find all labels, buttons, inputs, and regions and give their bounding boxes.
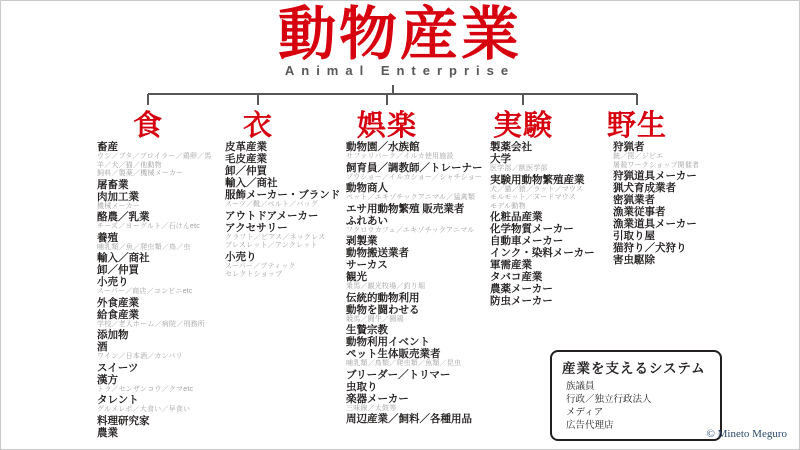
column-header-clothing: 衣 [243, 103, 273, 144]
industry-item: タレント [97, 394, 212, 406]
industry-item: 動物を闘わせる [346, 304, 483, 316]
industry-item: 生贄宗教 [346, 324, 483, 336]
copyright-credit: © Mineto Meguro [707, 428, 787, 440]
industry-subitem: ウシ／ブタ／ブロイラー／鶏卵／馬 [97, 153, 212, 162]
industry-item: 猟犬育成業者 [613, 182, 699, 194]
industry-item: 給食産業 [97, 309, 212, 321]
industry-item: 飼育員／調教師／トレーナー [346, 162, 483, 174]
industry-item: 農薬メーカー [490, 283, 595, 295]
industry-subitem: セレクトショップ [225, 271, 340, 280]
industry-item: スイーツ [97, 362, 212, 374]
industry-subitem: モルモット／ヌードマウス [490, 194, 595, 203]
industry-subitem: 乗馬／観光牧場／釣り堀 [346, 283, 483, 292]
industry-item: 虫取り [346, 381, 483, 393]
industry-item: 屠畜業 [97, 179, 212, 191]
industry-item: 動物利用イベント [346, 336, 483, 348]
industry-item: 輸入／商社 [97, 252, 212, 264]
industry-subitem: 屠殺ワークショップ開催者 [613, 162, 699, 171]
industry-subitem: 機械メーカー [97, 203, 212, 212]
support-system-box: 産業を支えるシステム 族議員 行政／独立行政法人 メディア 広告代理店 [550, 350, 722, 441]
industry-item: 動物園／水族館 [346, 141, 483, 153]
industry-item: 軍需産業 [490, 259, 595, 271]
industry-item: 酒 [97, 341, 212, 353]
industry-item: 動物搬送業者 [346, 247, 483, 259]
column-header-experiment: 実験 [493, 103, 553, 144]
industry-item: 密猟業者 [613, 194, 699, 206]
industry-item: 猫狩り／犬狩り [613, 242, 699, 254]
industry-subitem: 医学部／獣医学部 [490, 165, 595, 174]
industry-item: 農業 [97, 427, 212, 439]
industry-subitem: スーパー／商店／コンビニetc [97, 288, 212, 297]
industry-item: 肉加工業 [97, 191, 212, 203]
industry-item: 引取り屋 [613, 230, 699, 242]
column-header-entertainment: 娯楽 [357, 103, 417, 144]
industry-subitem: トラ／センザンコウ／クマetc [97, 386, 212, 395]
industry-item: 畜産 [97, 141, 212, 153]
industry-item: 外食産業 [97, 297, 212, 309]
industry-item: 服飾メーカー・ブランド [225, 189, 340, 201]
industry-item: 動物商人 [346, 182, 483, 194]
industry-item: 漢方 [97, 374, 212, 386]
industry-item: 化粧品産業 [490, 211, 595, 223]
industry-subitem: チーズ／ヨーグルト／石けんetc [97, 223, 212, 232]
support-item: 行政／独立行政法人 [562, 393, 710, 406]
industry-item: ペット生体販売業者 [346, 348, 483, 360]
industry-subitem: スーツ／靴／ベルト／バッグ [225, 201, 340, 210]
industry-item: 大学 [490, 153, 595, 165]
industry-item: 添加物 [97, 329, 212, 341]
industry-subitem: 飼料／製薬／機械メーカー [97, 170, 212, 179]
industry-subitem: 羊／犬／猫／他動物 [97, 162, 212, 171]
column-list-entertainment: 動物園／水族館サファリパーク／イルカ使用施設飼育員／調教師／トレーナーゾウショー… [346, 141, 483, 425]
industry-item: アウトドアメーカー [225, 210, 340, 222]
support-item: 族議員 [562, 380, 710, 393]
industry-item: 化学物質メーカー [490, 223, 595, 235]
industry-item: 実験用動物繁殖産業 [490, 174, 595, 186]
poster-canvas: 動物産業 Animal Enterprise 食畜産ウシ／ブタ／ブロイラー／鶏卵… [0, 0, 800, 450]
industry-item: ブリーダー／トリマー [346, 369, 483, 381]
industry-item: 防虫メーカー [490, 295, 595, 307]
industry-subitem: サファリパーク／イルカ使用施設 [346, 153, 483, 162]
industry-item: ふれあい [346, 215, 483, 227]
industry-item: 毛皮産業 [225, 153, 340, 165]
industry-item: サーカス [346, 259, 483, 271]
support-box-title: 産業を支えるシステム [562, 357, 710, 377]
industry-item: 小売り [97, 276, 212, 288]
industry-subitem: 学校／老人ホーム／病院／刑務所 [97, 321, 212, 330]
page-title: 動物産業 [1, 5, 799, 65]
support-item: 広告代理店 [562, 419, 710, 432]
industry-subitem: クラフト／ピアス／ネックレス [225, 234, 340, 243]
industry-subitem: モデル動物 [490, 203, 595, 212]
industry-item: 卸／仲買 [225, 165, 340, 177]
industry-subitem: 哺乳類／魚／爬虫類／鳥／虫 [97, 244, 212, 253]
industry-item: 剥製業 [346, 235, 483, 247]
industry-subitem: ペット／エキゾチックアニマル／猛禽類 [346, 194, 483, 203]
industry-item: 漁業道具メーカー [613, 218, 699, 230]
column-list-food: 畜産ウシ／ブタ／ブロイラー／鶏卵／馬羊／犬／猫／他動物飼料／製薬／機械メーカー屠… [97, 141, 212, 439]
industry-item: 自動車メーカー [490, 235, 595, 247]
industry-subitem: スーパー／ブティック [225, 263, 340, 272]
title-block: 動物産業 Animal Enterprise [1, 5, 799, 78]
industry-item: 小売り [225, 251, 340, 263]
industry-item: 卸／仲買 [97, 264, 212, 276]
industry-item: 皮革産業 [225, 141, 340, 153]
industry-subitem: 三味線／太鼓等 [346, 405, 483, 414]
industry-item: 酪農／乳業 [97, 211, 212, 223]
industry-subitem: ワイン／日本酒／カンパリ [97, 353, 212, 362]
industry-subitem: フクロウカフェ／エキゾチックアニマル [346, 227, 483, 236]
industry-item: 製薬会社 [490, 141, 595, 153]
industry-item: インク・染料メーカー [490, 247, 595, 259]
column-list-experiment: 製薬会社大学医学部／獣医学部実験用動物繁殖産業犬／猫／猿／ラット／マウスモルモッ… [490, 141, 595, 307]
page-subtitle: Animal Enterprise [1, 63, 799, 78]
industry-subitem: 銃／罠／ジビエ [613, 153, 699, 162]
industry-item: 周辺産業／飼料／各種用品 [346, 413, 483, 425]
industry-item: 害虫駆除 [613, 254, 699, 266]
industry-item: 伝統的動物利用 [346, 292, 483, 304]
industry-item: 狩猟者 [613, 141, 699, 153]
industry-subitem: 競馬／闘牛／闘鶏 [346, 316, 483, 325]
industry-subitem: 哺乳類／鳥類／爬虫類／魚類／昆虫 [346, 360, 483, 369]
industry-item: 楽器メーカー [346, 393, 483, 405]
industry-item: 観光 [346, 271, 483, 283]
column-list-clothing: 皮革産業毛皮産業卸／仲買輸入／商社服飾メーカー・ブランドスーツ／靴／ベルト／バッ… [225, 141, 340, 280]
industry-item: 養殖 [97, 232, 212, 244]
industry-item: 輸入／商社 [225, 177, 340, 189]
industry-item: 料理研究家 [97, 415, 212, 427]
industry-subitem: グルメレポ／大食い／早食い [97, 406, 212, 415]
industry-subitem: ゾウショー／イルカショー／シャチショー [346, 174, 483, 183]
column-list-wild: 狩猟者銃／罠／ジビエ屠殺ワークショップ開催者狩猟道具メーカー猟犬育成業者密猟業者… [613, 141, 699, 266]
support-item: メディア [562, 406, 710, 419]
industry-item: 狩猟道具メーカー [613, 170, 699, 182]
industry-item: エサ用動物繁殖 販売業者 [346, 203, 483, 215]
column-header-food: 食 [133, 103, 163, 144]
column-header-wild: 野生 [607, 103, 667, 144]
industry-subitem: ブレスレット／アンクレット [225, 242, 340, 251]
industry-item: アクセサリー [225, 222, 340, 234]
industry-item: 漁業従事者 [613, 206, 699, 218]
industry-subitem: 犬／猫／猿／ラット／マウス [490, 186, 595, 195]
industry-item: タバコ産業 [490, 271, 595, 283]
